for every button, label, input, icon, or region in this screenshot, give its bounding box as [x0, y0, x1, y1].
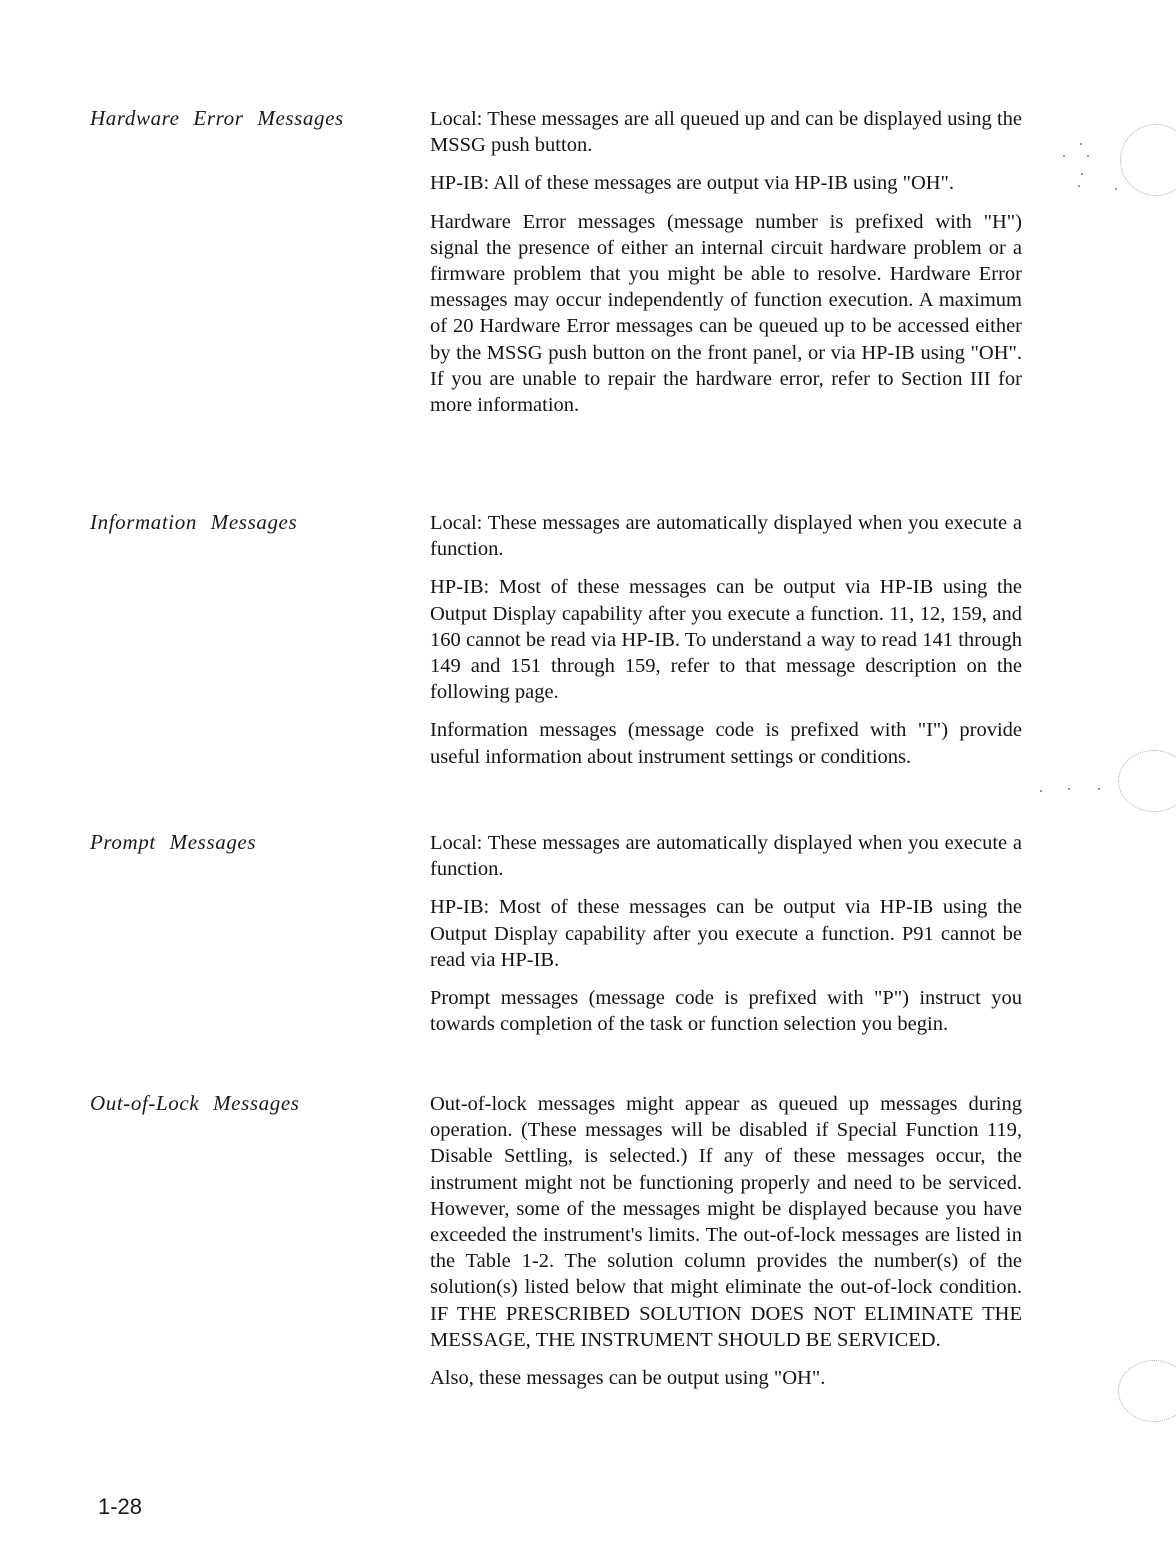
- paragraph-hpib: HP-IB: Most of these messages can be out…: [430, 894, 1022, 973]
- scan-speck: [1080, 143, 1082, 145]
- scan-speck: [1087, 155, 1089, 157]
- paragraph-local: Local: These messages are automatically …: [430, 510, 1022, 562]
- scan-speck: [1040, 790, 1042, 792]
- binder-hole-mark: [1118, 1360, 1176, 1422]
- section-heading: Information Messages: [90, 510, 297, 535]
- scan-speck: [1063, 155, 1065, 157]
- section-body: Local: These messages are all queued up …: [430, 106, 1022, 430]
- paragraph-output: Also, these messages can be output using…: [430, 1365, 1022, 1391]
- scan-speck: [1078, 185, 1080, 187]
- section-heading: Prompt Messages: [90, 830, 256, 855]
- paragraph-hpib: HP-IB: Most of these messages can be out…: [430, 574, 1022, 705]
- scan-speck: [1115, 188, 1117, 190]
- scan-speck: [1098, 788, 1100, 790]
- paragraph-description: Hardware Error messages (message number …: [430, 209, 1022, 419]
- paragraph-description: Information messages (message code is pr…: [430, 717, 1022, 769]
- paragraph-local: Local: These messages are automatically …: [430, 830, 1022, 882]
- section-heading: Out-of-Lock Messages: [90, 1091, 300, 1116]
- section-heading: Hardware Error Messages: [90, 106, 344, 131]
- paragraph-description: Prompt messages (message code is prefixe…: [430, 985, 1022, 1037]
- section-body: Local: These messages are automatically …: [430, 510, 1022, 782]
- page-number: 1-28: [98, 1494, 142, 1520]
- section-body: Out-of-lock messages might appear as que…: [430, 1091, 1022, 1403]
- paragraph-description: Out-of-lock messages might appear as que…: [430, 1091, 1022, 1353]
- scan-speck: [1081, 173, 1083, 175]
- binder-hole-mark: [1118, 750, 1176, 812]
- paragraph-local: Local: These messages are all queued up …: [430, 106, 1022, 158]
- paragraph-hpib: HP-IB: All of these messages are output …: [430, 170, 1022, 196]
- binder-hole-mark: [1120, 124, 1176, 196]
- scan-speck: [1068, 788, 1070, 790]
- section-body: Local: These messages are automatically …: [430, 830, 1022, 1049]
